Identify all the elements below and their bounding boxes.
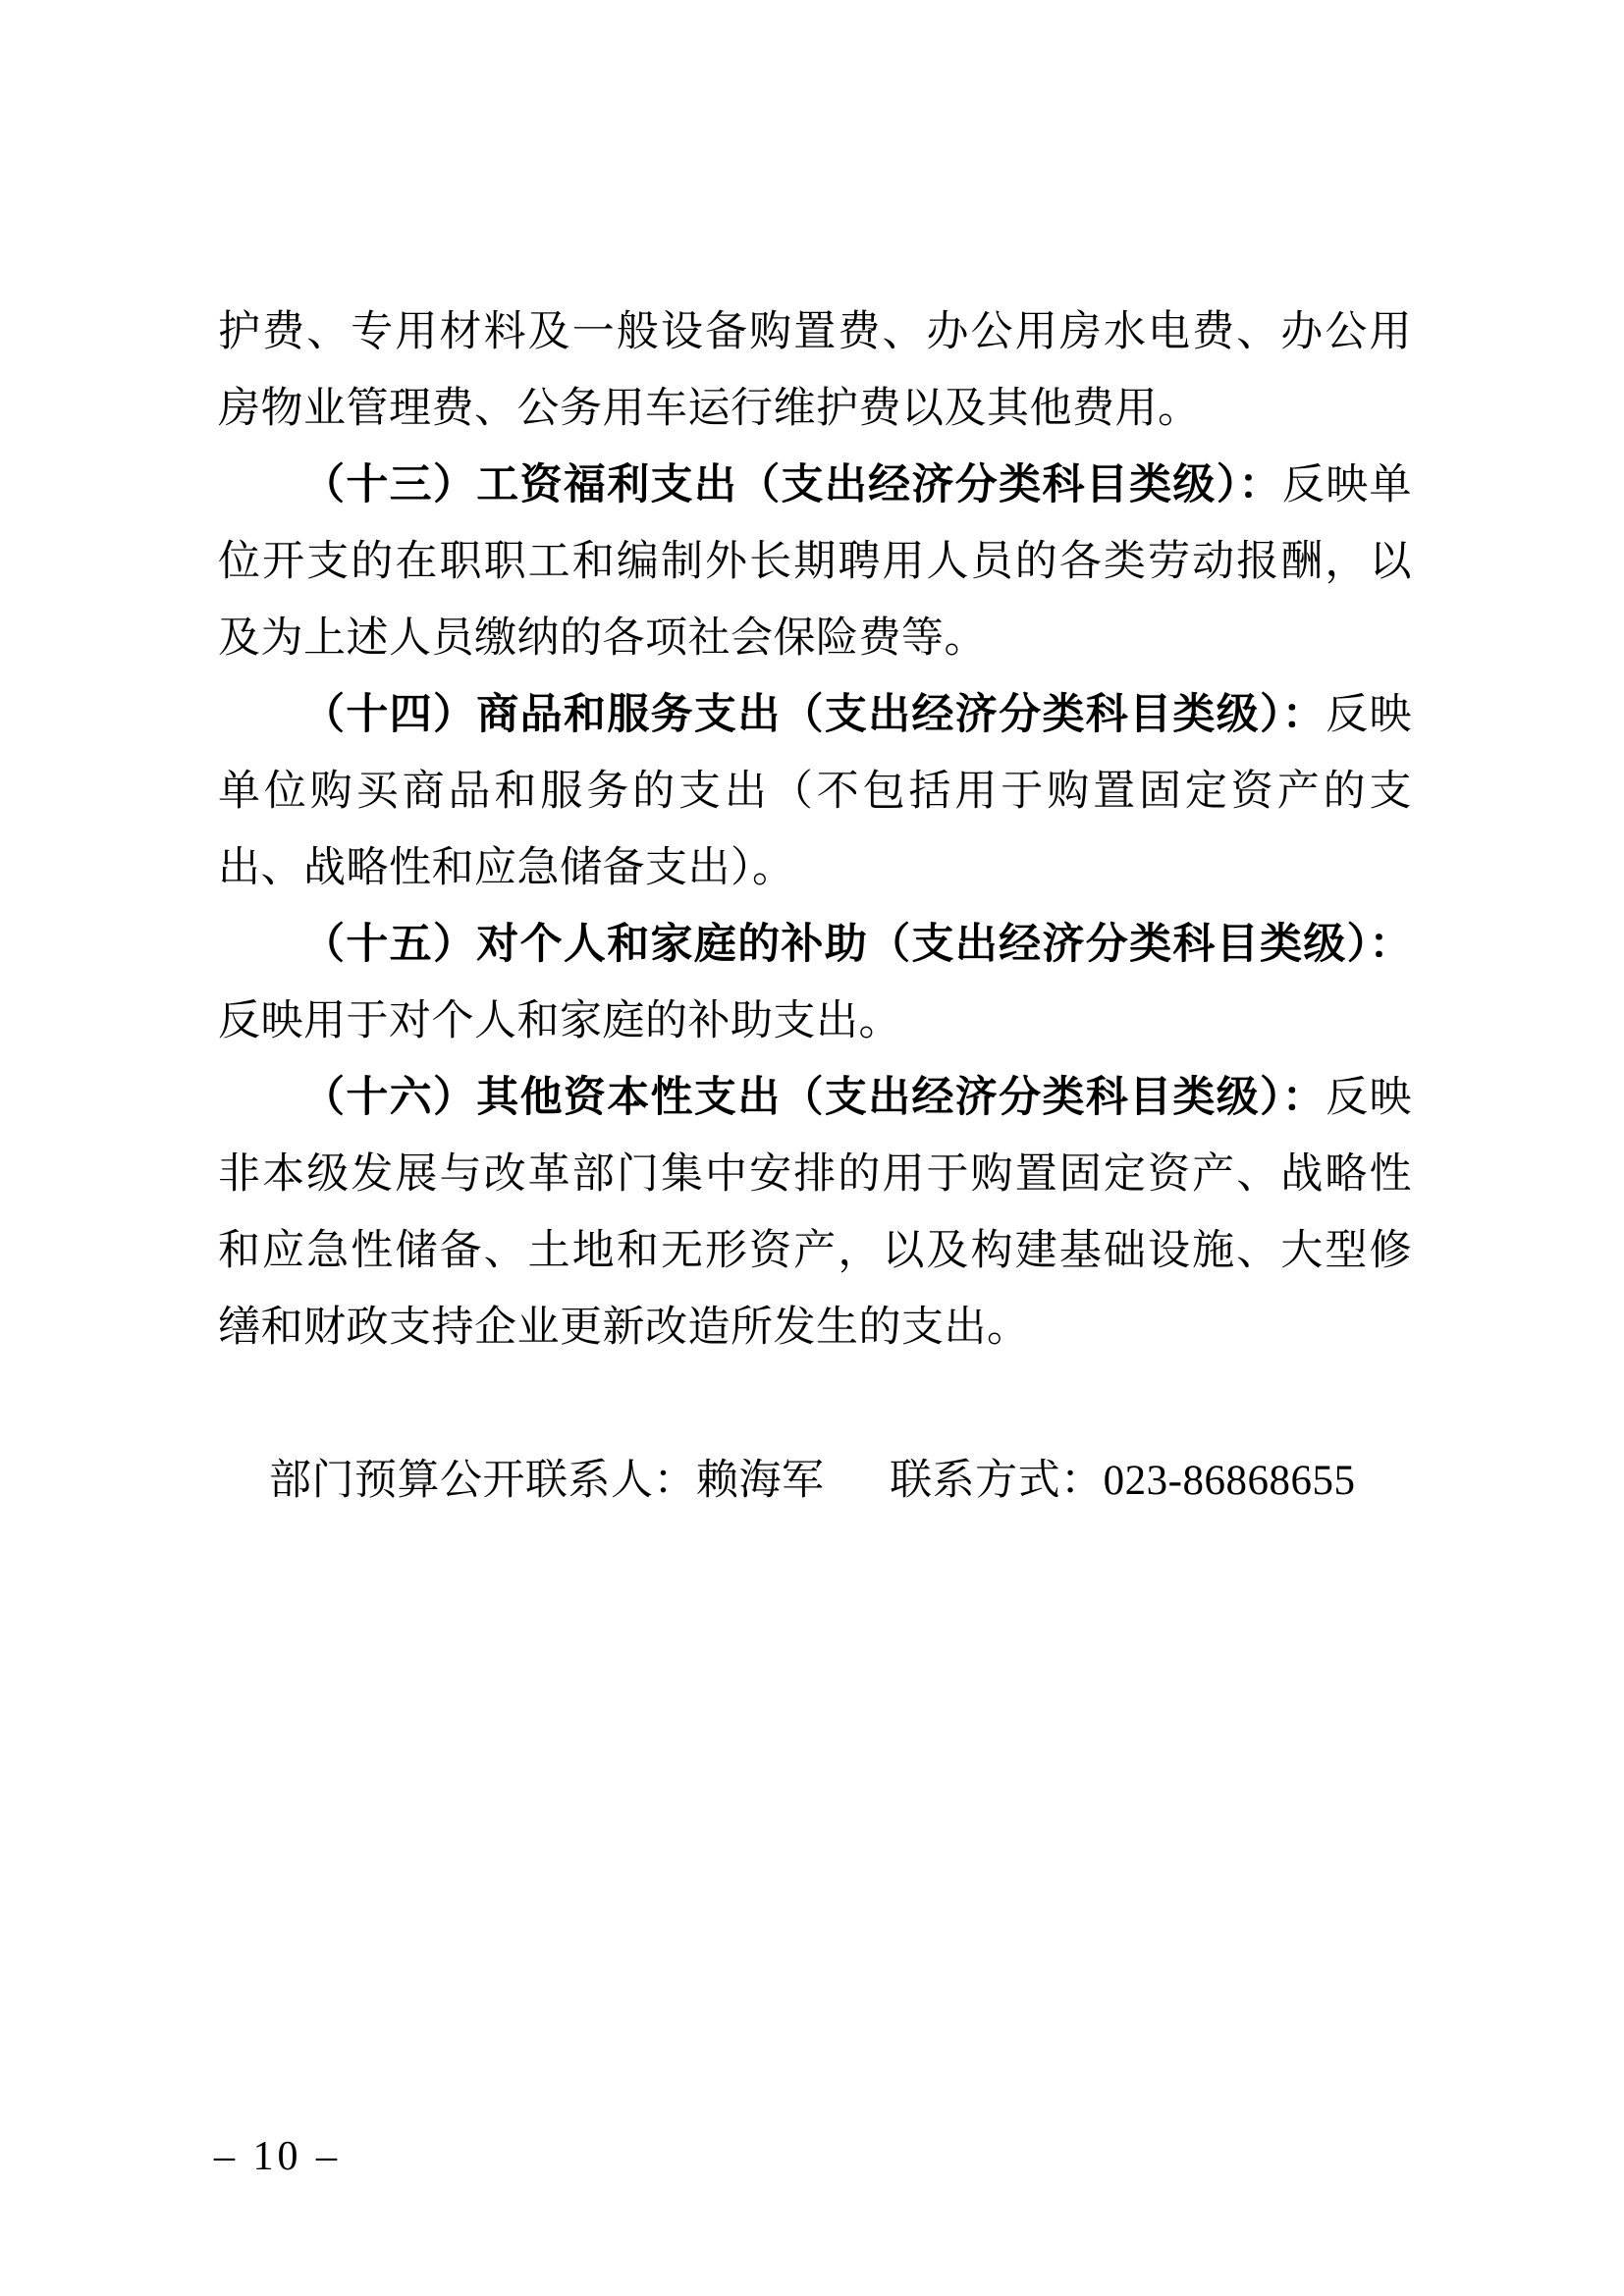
- paragraph-item-16: （十六）其他资本性支出（支出经济分类科目类级）：反映非本级发展与改革部门集中安排…: [218, 1060, 1412, 1366]
- paragraph-body: 反映用于对个人和家庭的补助支出。: [218, 998, 901, 1044]
- paragraph-heading: （十五）对个人和家庭的补助（支出经济分类科目类级）：: [302, 922, 1412, 968]
- contact-phone-label: 联系方式：: [890, 1458, 1104, 1504]
- paragraph-continuation: 护费、专用材料及一般设备购置费、办公用房水电费、办公用房物业管理费、公务用车运行…: [218, 294, 1412, 448]
- contact-person-name: 赖海军: [696, 1458, 825, 1504]
- paragraph-heading: （十三）工资福利支出（支出经济分类科目类级）：: [302, 462, 1282, 508]
- contact-phone-number: 023-86868655: [1104, 1458, 1356, 1504]
- paragraph-heading: （十六）其他资本性支出（支出经济分类科目类级）：: [302, 1075, 1326, 1121]
- paragraph-item-14: （十四）商品和服务支出（支出经济分类科目类级）：反映单位购买商品和服务的支出（不…: [218, 677, 1412, 907]
- paragraph-heading: （十四）商品和服务支出（支出经济分类科目类级）：: [302, 692, 1326, 738]
- body-text: 护费、专用材料及一般设备购置费、办公用房水电费、办公用房物业管理费、公务用车运行…: [218, 294, 1412, 1520]
- paragraph-body: 护费、专用材料及一般设备购置费、办公用房水电费、办公用房物业管理费、公务用车运行…: [218, 309, 1412, 432]
- document-page: 护费、专用材料及一般设备购置费、办公用房水电费、办公用房物业管理费、公务用车运行…: [0, 0, 1624, 2296]
- contact-line: 部门预算公开联系人：赖海军联系方式：023-86868655: [218, 1443, 1412, 1520]
- paragraph-item-13: （十三）工资福利支出（支出经济分类科目类级）：反映单位开支的在职职工和编制外长期…: [218, 448, 1412, 677]
- paragraph-item-15: （十五）对个人和家庭的补助（支出经济分类科目类级）：反映用于对个人和家庭的补助支…: [218, 907, 1412, 1060]
- page-number: – 10 –: [214, 2118, 341, 2195]
- contact-person-label: 部门预算公开联系人：: [269, 1458, 696, 1504]
